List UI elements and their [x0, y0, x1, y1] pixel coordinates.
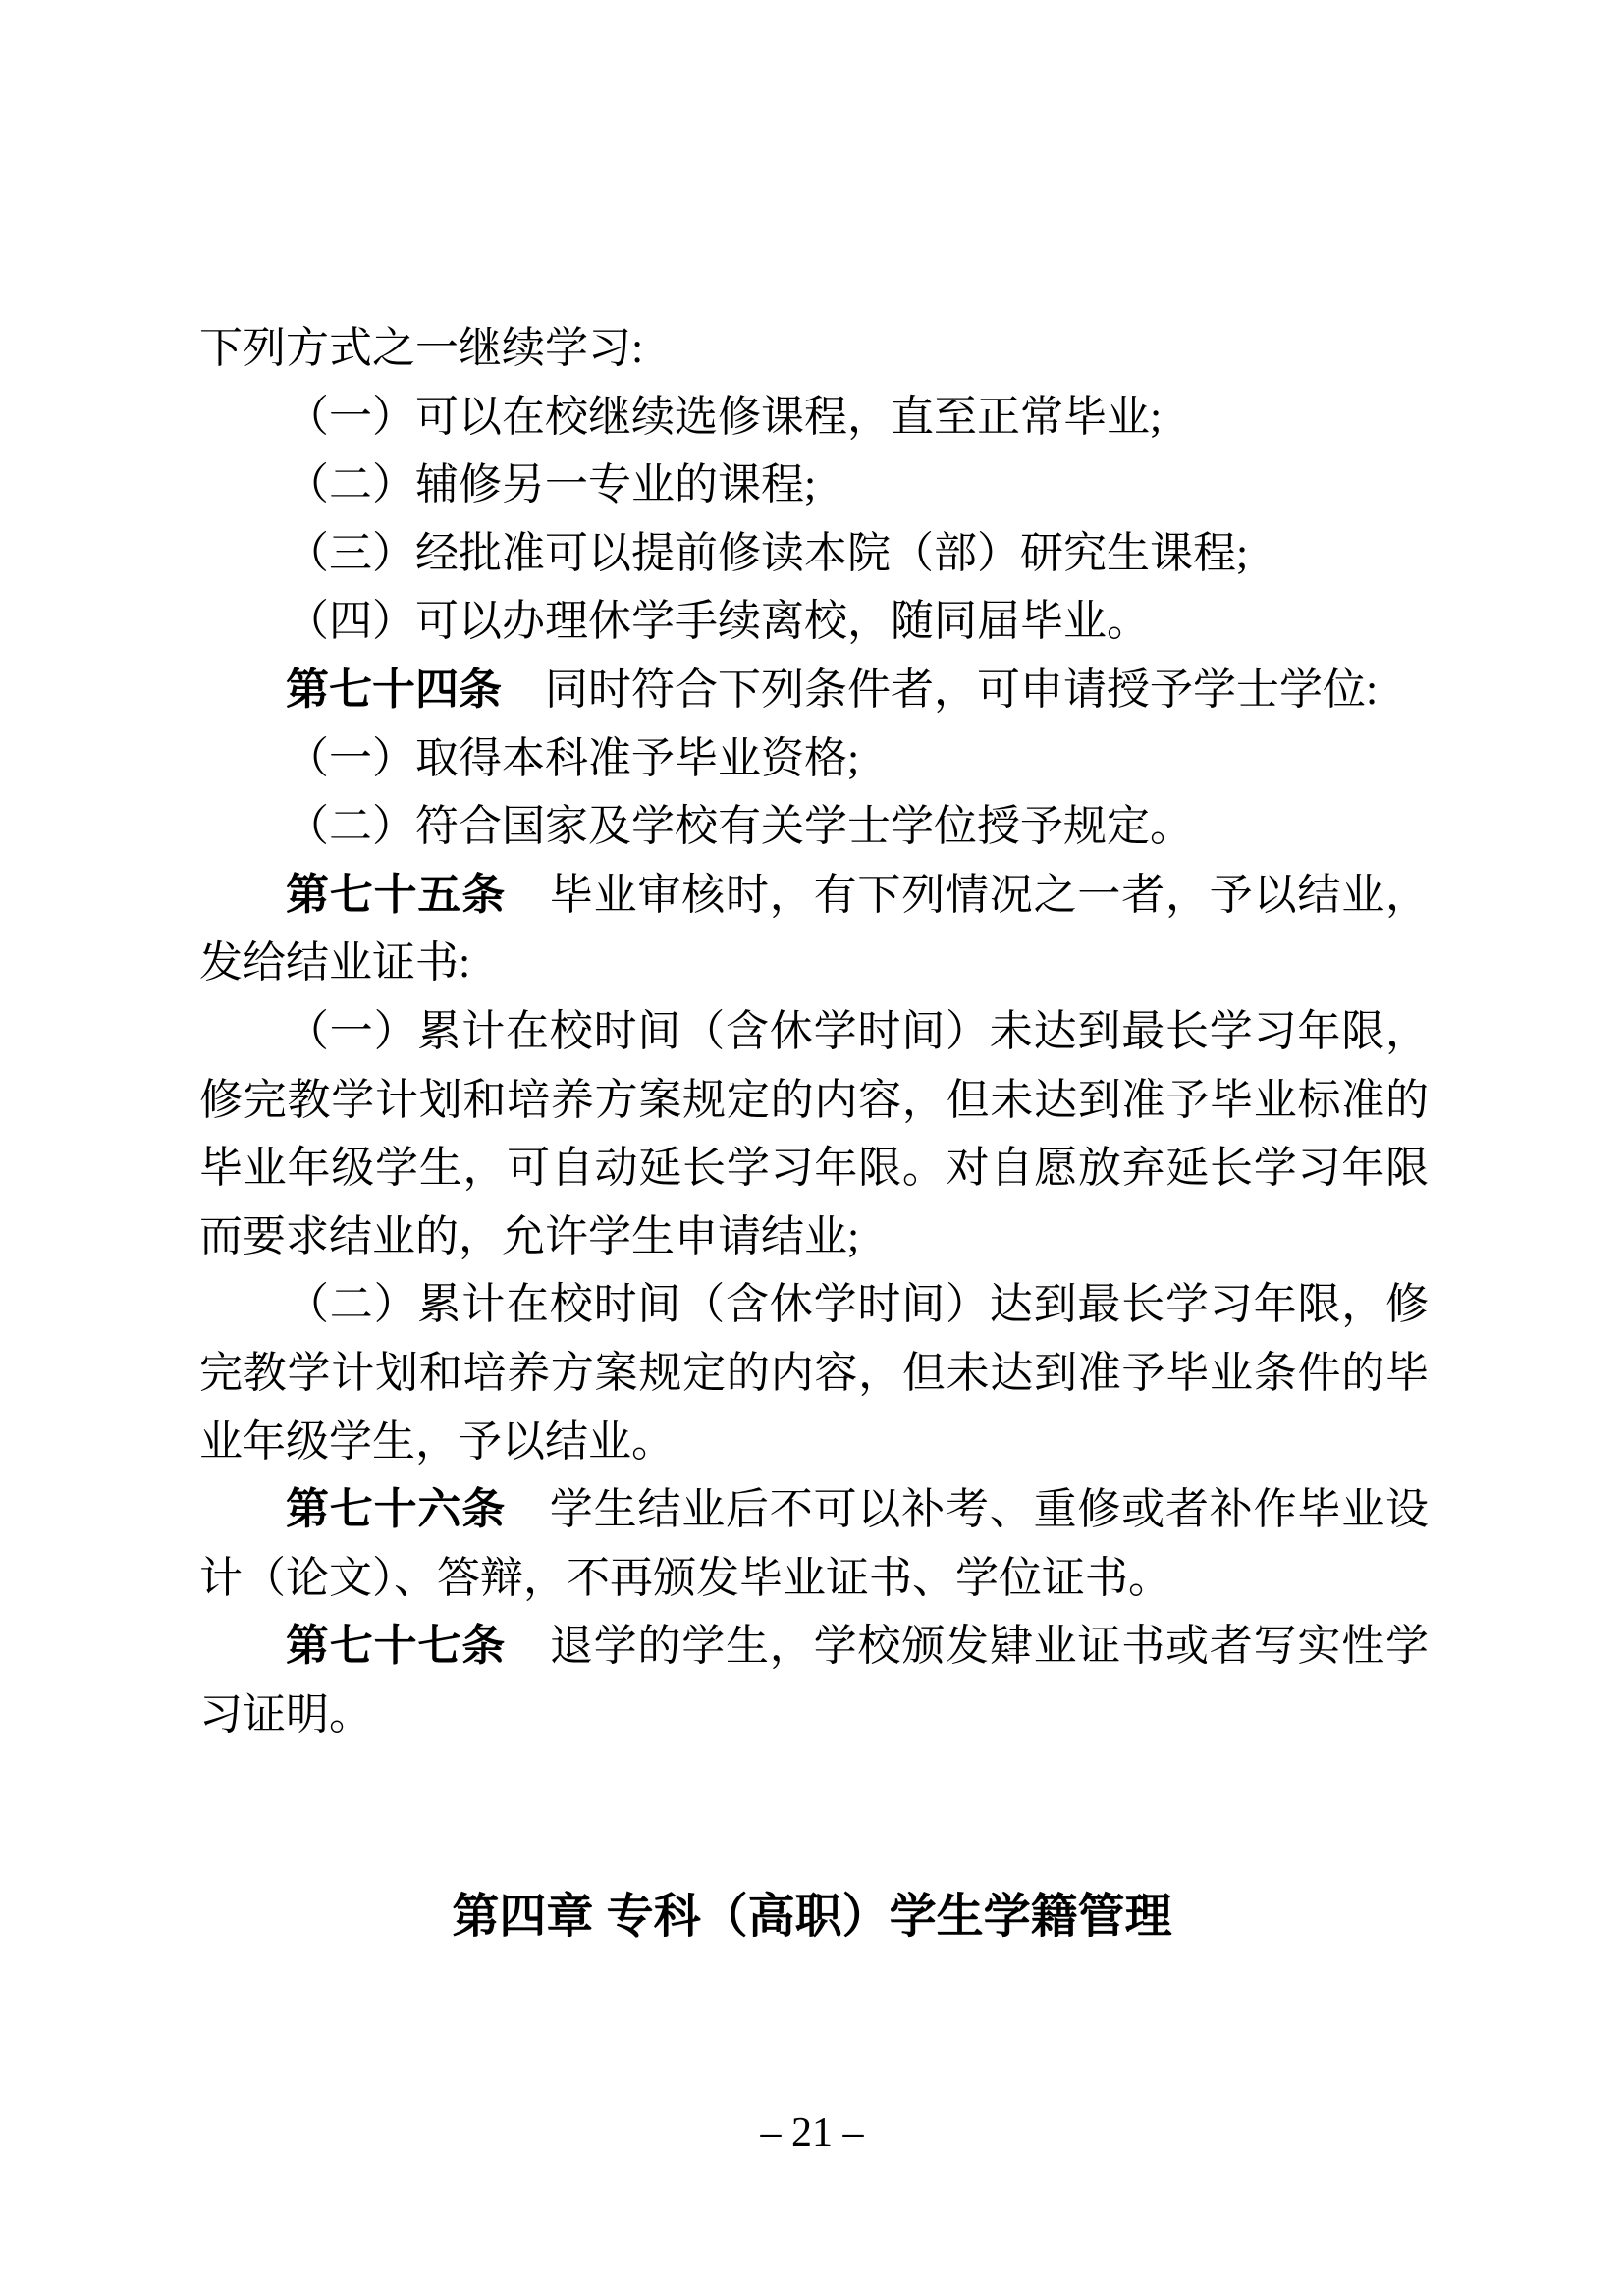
body-line: （二）辅修另一专业的课程; [199, 451, 1429, 519]
article-number: 第七十六条 [286, 1485, 506, 1533]
body-line: 而要求结业的，允许学生申请结业; [199, 1202, 1429, 1271]
body-line: 第七十五条 毕业审核时，有下列情况之一者，予以结业， [199, 861, 1429, 930]
body-line-text: （一）累计在校时间（含休学时间）未达到最长学习年限， [286, 1007, 1429, 1055]
body-line-text: 毕业审核时，有下列情况之一者，予以结业， [506, 871, 1429, 919]
body-line-text: 完教学计划和培养方案规定的内容，但未达到准予毕业条件的毕 [199, 1349, 1429, 1397]
body-line-text: （三）经批准可以提前修读本院（部）研究生课程; [286, 529, 1248, 577]
article-number: 第七十五条 [286, 871, 506, 919]
body-line-text: （二）符合国家及学校有关学士学位授予规定。 [286, 802, 1193, 850]
body-line: （一）取得本科准予毕业资格; [199, 724, 1429, 793]
body-line: 第七十七条 退学的学生，学校颁发肄业证书或者写实性学 [199, 1612, 1429, 1681]
body-line-text: 修完教学计划和培养方案规定的内容，但未达到准予毕业标准的 [199, 1076, 1429, 1124]
body-line-text: 业年级学生，予以结业。 [199, 1417, 675, 1466]
body-line: 完教学计划和培养方案规定的内容，但未达到准予毕业条件的毕 [199, 1339, 1429, 1408]
article-number: 第七十四条 [286, 666, 502, 714]
body-line: 习证明。 [199, 1681, 1429, 1749]
body-line: 第七十四条 同时符合下列条件者，可申请授予学士学位: [199, 656, 1429, 724]
body-line-text: （二）辅修另一专业的课程; [286, 460, 816, 508]
body-line: （二）符合国家及学校有关学士学位授予规定。 [199, 792, 1429, 861]
body-line-text: 学生结业后不可以补考、重修或者补作毕业设 [506, 1485, 1429, 1533]
body-line: 毕业年级学生，可自动延长学习年限。对自愿放弃延长学习年限 [199, 1134, 1429, 1202]
body-line-text: 发给结业证书: [199, 938, 470, 987]
body-line-text: （二）累计在校时间（含休学时间）达到最长学习年限，修 [286, 1280, 1429, 1328]
body-line: （二）累计在校时间（含休学时间）达到最长学习年限，修 [199, 1270, 1429, 1339]
body-line-text: 同时符合下列条件者，可申请授予学士学位: [502, 666, 1378, 714]
body-line-text: 毕业年级学生，可自动延长学习年限。对自愿放弃延长学习年限 [199, 1144, 1429, 1192]
article-number: 第七十七条 [286, 1622, 506, 1670]
body-line: 修完教学计划和培养方案规定的内容，但未达到准予毕业标准的 [199, 1066, 1429, 1135]
body-line-text: （一）可以在校继续选修课程，直至正常毕业; [286, 393, 1162, 441]
body-line: 计（论文）、答辩，不再颁发毕业证书、学位证书。 [199, 1544, 1429, 1613]
document-page: 下列方式之一继续学习:（一）可以在校继续选修课程，直至正常毕业;（二）辅修另一专… [0, 0, 1624, 2296]
body-line-text: 而要求结业的，允许学生申请结业; [199, 1212, 859, 1260]
body-line: 发给结业证书: [199, 929, 1429, 997]
body-line-text: 下列方式之一继续学习: [199, 324, 643, 372]
body-line: 业年级学生，予以结业。 [199, 1408, 1429, 1476]
chapter-heading: 第四章 专科（高职）学生学籍管理 [0, 1883, 1624, 1951]
body-line: （四）可以办理休学手续离校，随同届毕业。 [199, 587, 1429, 656]
body-line: （三）经批准可以提前修读本院（部）研究生课程; [199, 519, 1429, 588]
body-line-text: （四）可以办理休学手续离校，随同届毕业。 [286, 597, 1150, 645]
body-line: 下列方式之一继续学习: [199, 314, 1429, 383]
body-line-text: 计（论文）、答辩，不再颁发毕业证书、学位证书。 [199, 1554, 1171, 1602]
body-line-text: 退学的学生，学校颁发肄业证书或者写实性学 [506, 1622, 1429, 1670]
body-line-text: 习证明。 [199, 1690, 372, 1738]
body-text: 下列方式之一继续学习:（一）可以在校继续选修课程，直至正常毕业;（二）辅修另一专… [199, 314, 1429, 1748]
body-line: 第七十六条 学生结业后不可以补考、重修或者补作毕业设 [199, 1475, 1429, 1544]
body-line: （一）可以在校继续选修课程，直至正常毕业; [199, 383, 1429, 452]
page-number: – 21 – [0, 2109, 1624, 2158]
body-line-text: （一）取得本科准予毕业资格; [286, 734, 859, 782]
body-line: （一）累计在校时间（含休学时间）未达到最长学习年限， [199, 997, 1429, 1066]
